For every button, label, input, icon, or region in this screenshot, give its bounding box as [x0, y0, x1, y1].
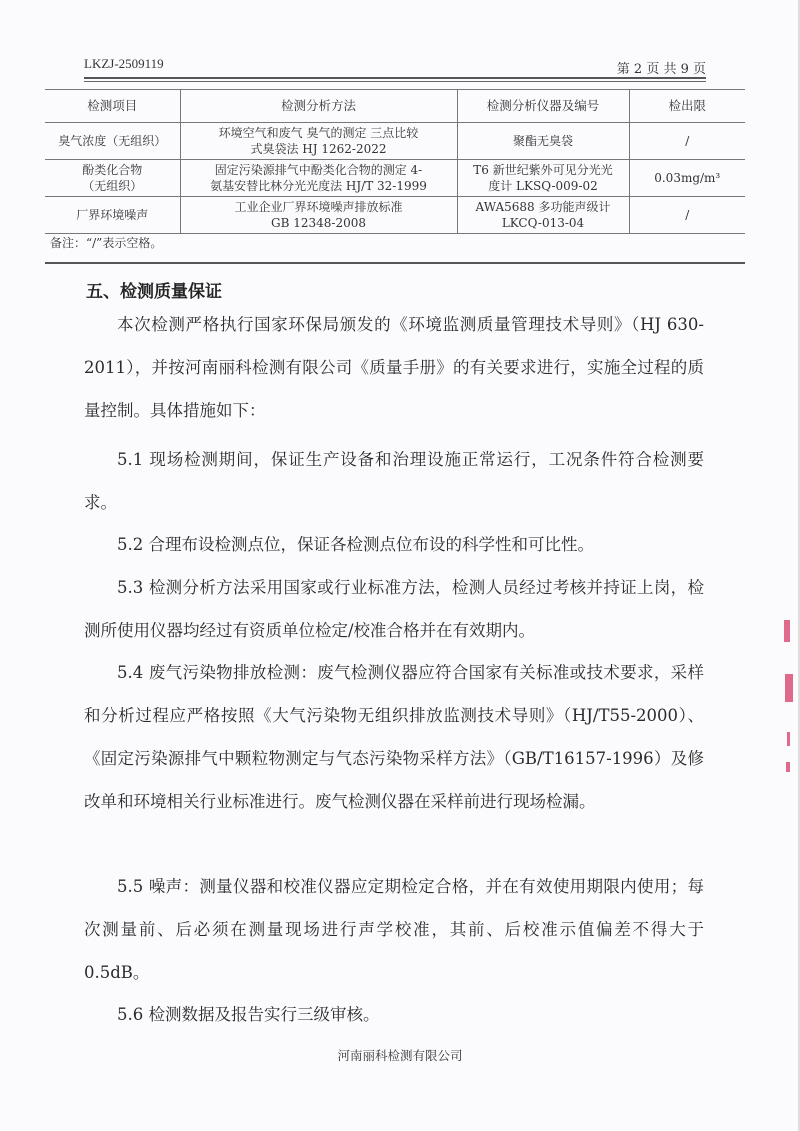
method-table-container: 检测项目 检测分析方法 检测分析仪器及编号 检出限 臭气浓度（无组织） 环境空气… [45, 89, 745, 234]
report-number: LKZJ-2509119 [84, 56, 164, 72]
table-header-row: 检测项目 检测分析方法 检测分析仪器及编号 检出限 [45, 90, 745, 123]
col-header-item: 检测项目 [45, 90, 180, 123]
section-title: 五、检测质量保证 [86, 277, 222, 302]
item-line: （无组织） [48, 178, 177, 194]
measure-5-6: 5.6 检测数据及报告实行三级审核。 [84, 993, 704, 1036]
cell-limit: / [629, 123, 745, 160]
method-line: 式臭袋法 HJ 1262-2022 [184, 141, 454, 157]
cell-limit: 0.03mg/m³ [629, 160, 745, 197]
col-header-method: 检测分析方法 [180, 90, 457, 123]
cell-limit: / [629, 197, 745, 234]
measure-5-1: 5.1 现场检测期间，保证生产设备和治理设施正常运行，工况条件符合检测要求。 [84, 438, 704, 524]
method-line: GB 12348-2008 [184, 215, 454, 231]
section-divider [45, 262, 745, 264]
method-line: 环境空气和废气 臭气的测定 三点比较 [184, 125, 454, 141]
table-note: 备注：“/”表示空格。 [50, 234, 162, 251]
instrument-line: 聚酯无臭袋 [461, 133, 626, 149]
cell-method: 环境空气和废气 臭气的测定 三点比较 式臭袋法 HJ 1262-2022 [180, 123, 457, 160]
table-row: 厂界环境噪声 工业企业厂界环境噪声排放标准 GB 12348-2008 AWA5… [45, 197, 745, 234]
cell-instrument: AWA5688 多功能声级计 LKCQ-013-04 [457, 197, 629, 234]
seal-stamp-edge [781, 612, 795, 782]
cell-item: 臭气浓度（无组织） [45, 123, 180, 160]
method-line: 氨基安替比林分光光度法 HJ/T 32-1999 [184, 178, 454, 194]
page-number: 第 2 页 共 9 页 [617, 58, 706, 77]
cell-method: 工业企业厂界环境噪声排放标准 GB 12348-2008 [180, 197, 457, 234]
method-line: 工业企业厂界环境噪声排放标准 [184, 199, 454, 215]
footer-company: 河南丽科检测有限公司 [0, 1046, 800, 1064]
item-line: 酚类化合物 [48, 162, 177, 178]
measure-5-2: 5.2 合理布设检测点位，保证各检测点位布设的科学性和可比性。 [84, 523, 704, 566]
intro-paragraph: 本次检测严格执行国家环保局颁发的《环境监测质量管理技术导则》（HJ 630-20… [84, 303, 704, 432]
instrument-line: 度计 LKSQ-009-02 [461, 178, 626, 194]
header-rule [84, 77, 706, 79]
method-line: 固定污染源排气中酚类化合物的测定 4- [184, 162, 454, 178]
cell-item: 酚类化合物 （无组织） [45, 160, 180, 197]
cell-item: 厂界环境噪声 [45, 197, 180, 234]
cell-instrument: 聚酯无臭袋 [457, 123, 629, 160]
measure-5-3: 5.3 检测分析方法采用国家或行业标准方法，检测人员经过考核并持证上岗，检测所使… [84, 566, 704, 652]
table-row: 臭气浓度（无组织） 环境空气和废气 臭气的测定 三点比较 式臭袋法 HJ 126… [45, 123, 745, 160]
measure-5-5: 5.5 噪声：测量仪器和校准仪器应定期检定合格，并在有效使用期限内使用；每次测量… [84, 865, 704, 994]
instrument-line: AWA5688 多功能声级计 [461, 199, 626, 215]
header-rule-thin [84, 81, 706, 82]
instrument-line: T6 新世纪紫外可见分光光 [461, 162, 626, 178]
measure-5-4: 5.4 废气污染物排放检测：废气检测仪器应符合国家有关标准或技术要求，采样和分析… [84, 651, 704, 823]
instrument-line: LKCQ-013-04 [461, 215, 626, 231]
cell-instrument: T6 新世纪紫外可见分光光 度计 LKSQ-009-02 [457, 160, 629, 197]
method-table: 检测项目 检测分析方法 检测分析仪器及编号 检出限 臭气浓度（无组织） 环境空气… [45, 89, 745, 234]
col-header-instrument: 检测分析仪器及编号 [457, 90, 629, 123]
page-header: LKZJ-2509119 第 2 页 共 9 页 [84, 56, 706, 76]
col-header-limit: 检出限 [629, 90, 745, 123]
table-row: 酚类化合物 （无组织） 固定污染源排气中酚类化合物的测定 4- 氨基安替比林分光… [45, 160, 745, 197]
cell-method: 固定污染源排气中酚类化合物的测定 4- 氨基安替比林分光光度法 HJ/T 32-… [180, 160, 457, 197]
